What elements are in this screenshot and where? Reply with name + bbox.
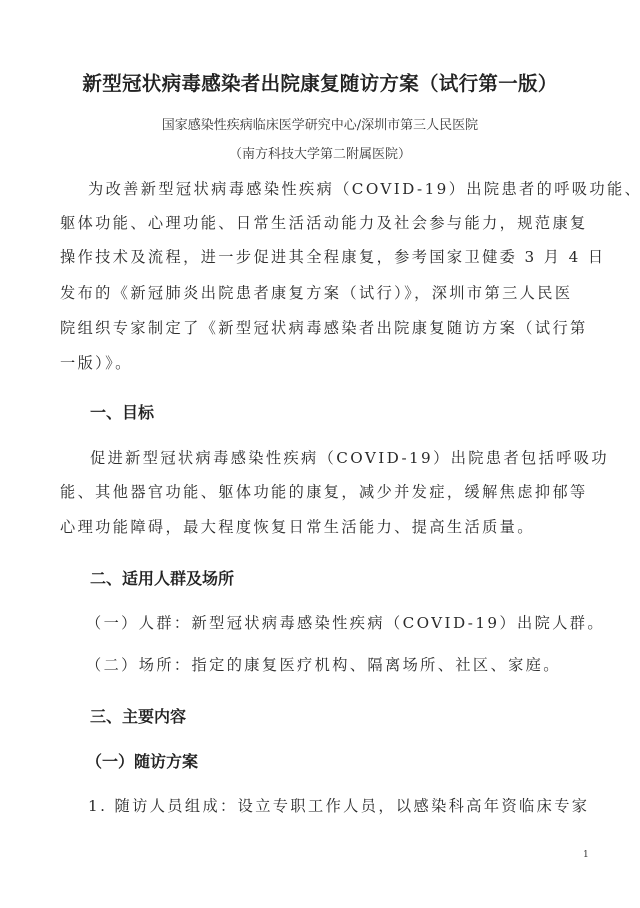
intro-line: 发布的《新冠肺炎出院患者康复方案（试行）》，深圳市第三人民医 [60, 282, 600, 303]
document-page: 新型冠状病毒感染者出院康复随访方案（试行第一版） 国家感染性疾病临床医学研究中心… [0, 0, 640, 908]
followup-item: 1. 随访人员组成：设立专职工作人员，以感染科高年资临床专家 [88, 795, 628, 816]
intro-line: 为改善新型冠状病毒感染性疾病（COVID-19）出院患者的呼吸功能、 [88, 178, 628, 199]
document-title: 新型冠状病毒感染者出院康复随访方案（试行第一版） [0, 68, 640, 96]
section-heading-content: 三、主要内容 [90, 704, 186, 727]
intro-line: 躯体功能、心理功能、日常生活活动能力及社会参与能力，规范康复 [60, 212, 600, 233]
goals-line: 心理功能障碍，最大程度恢复日常生活能力、提高生活质量。 [60, 516, 600, 537]
intro-line: 操作技术及流程，进一步促进其全程康复，参考国家卫健委 3 月 4 日 [60, 246, 600, 267]
subsection-heading-followup: （一）随访方案 [86, 749, 198, 772]
goals-line: 能、其他器官功能、躯体功能的康复，减少并发症，缓解焦虑抑郁等 [60, 481, 600, 502]
intro-line: 一版）》。 [60, 352, 600, 373]
goals-line: 促进新型冠状病毒感染性疾病（COVID-19）出院患者包括呼吸功 [90, 447, 630, 468]
intro-line: 院组织专家制定了《新型冠状病毒感染者出院康复随访方案（试行第 [60, 317, 600, 338]
scope-item-population: （一）人群：新型冠状病毒感染性疾病（COVID-19）出院人群。 [86, 612, 626, 633]
scope-item-location: （二）场所：指定的康复医疗机构、隔离场所、社区、家庭。 [86, 654, 626, 675]
section-heading-scope: 二、适用人群及场所 [90, 566, 234, 589]
section-heading-goals: 一、目标 [90, 400, 154, 423]
document-subtitle-institution: 国家感染性疾病临床医学研究中心/深圳市第三人民医院 [0, 114, 640, 133]
document-subtitle-affiliation: （南方科技大学第二附属医院） [0, 143, 640, 162]
page-number: 1 [583, 850, 589, 860]
